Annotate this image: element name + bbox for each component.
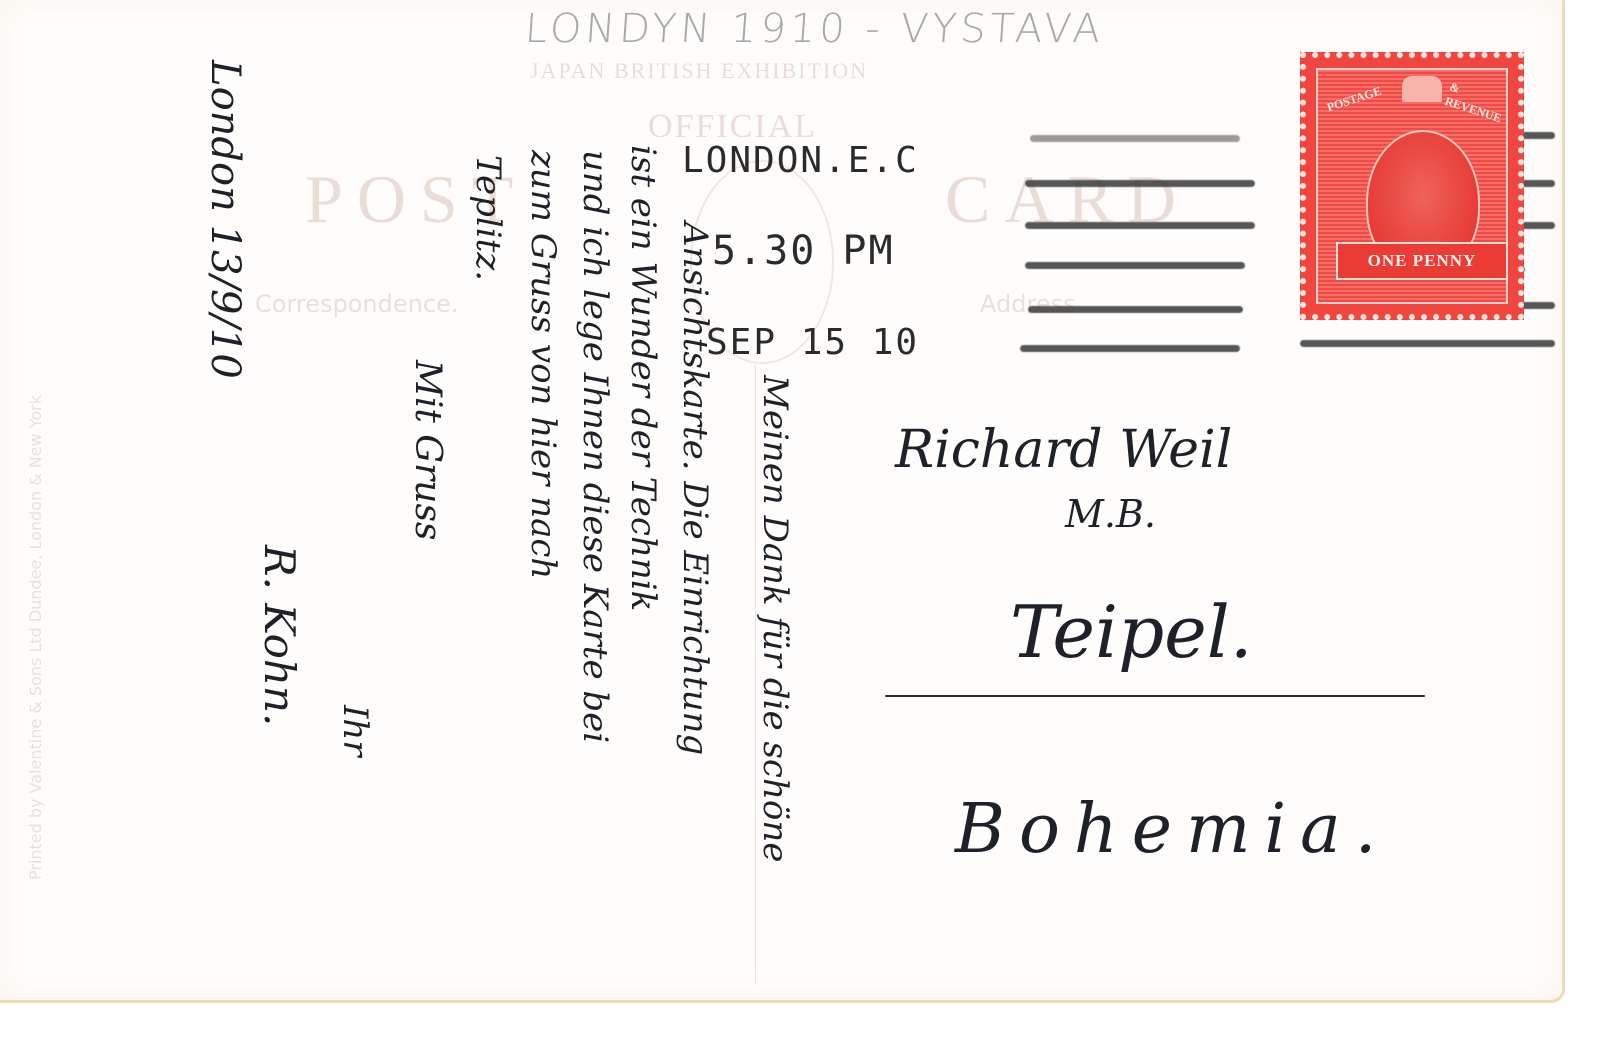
stamp-value-label: ONE PENNY	[1336, 242, 1508, 280]
stamp-postage-label: POSTAGE	[1325, 84, 1383, 116]
pencil-annotation: LONDYN 1910 - VYSTAVA	[523, 6, 1105, 52]
postmark-time: 5.30 PM	[712, 228, 895, 274]
message-line: Ansichtskarte. Die Einrichtung	[678, 222, 712, 755]
closing-greeting: Mit Gruss	[409, 360, 445, 540]
one-penny-stamp: POSTAGE & REVENUE ONE PENNY	[1300, 52, 1524, 320]
place-and-date: London 13/9/10	[205, 60, 245, 379]
stamp-revenue-label: & REVENUE	[1443, 79, 1509, 126]
correspondence-label: Correspondence.	[255, 290, 458, 318]
message-line: Meinen Dank für die schöne	[758, 375, 792, 862]
crown-icon	[1402, 76, 1442, 102]
address-country: Bohemia.	[955, 790, 1390, 869]
address-title: M.B.	[1065, 492, 1156, 536]
address-label: Address	[980, 290, 1076, 318]
address-recipient: Richard Weil	[895, 420, 1232, 480]
address-flourish-underline	[885, 695, 1425, 697]
message-line: zum Gruss von hier nach	[526, 150, 560, 579]
printer-credit: Printed by Valentine & Sons Ltd Dundee, …	[26, 395, 45, 880]
closing-from: Ihr	[338, 705, 372, 757]
message-line: und ich lege Ihnen diese Karte bei	[578, 150, 612, 743]
message-line: ist ein Wunder der Technik	[626, 145, 660, 611]
postcard-back: LONDYN 1910 - VYSTAVA JAPAN BRITISH EXHI…	[0, 0, 1565, 1003]
exhibition-header: JAPAN BRITISH EXHIBITION	[530, 58, 868, 84]
address-town: Teipel.	[1010, 590, 1253, 674]
postmark-date: SEP 15 10	[706, 322, 919, 363]
signature: R. Kohn.	[258, 545, 300, 726]
message-line: Teplitz.	[471, 155, 505, 281]
postmark-city: LONDON.E.C	[682, 140, 919, 181]
